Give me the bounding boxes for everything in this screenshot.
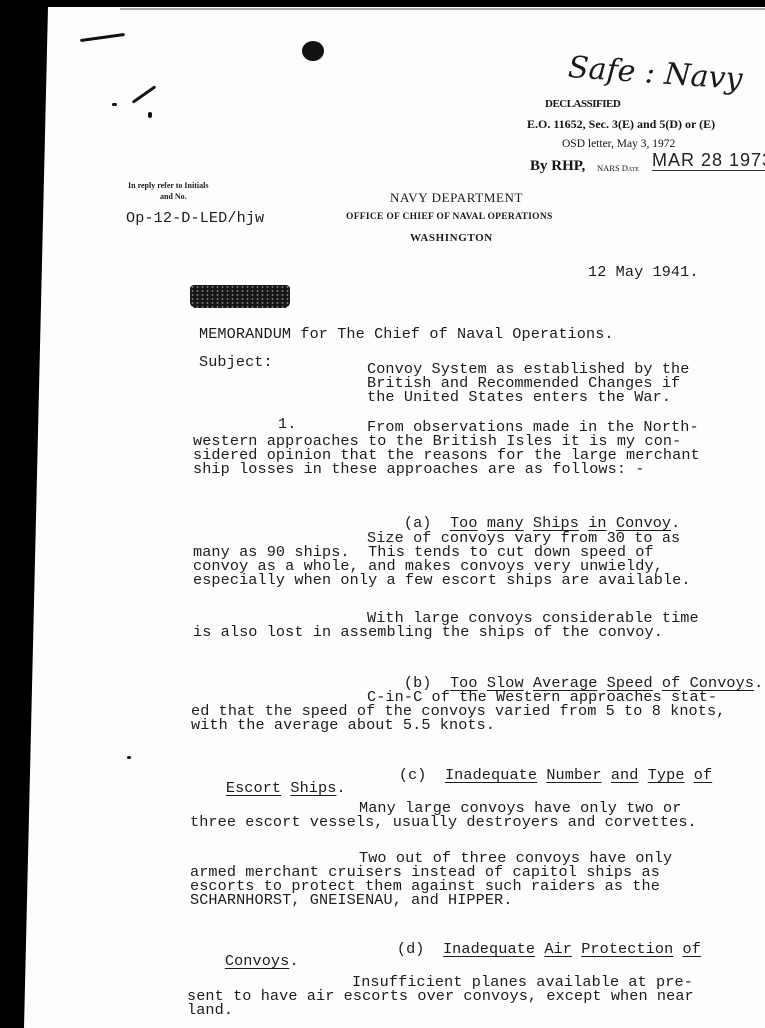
section-marker: (c) (399, 766, 427, 784)
stamp-nars-label: NARS Date (597, 163, 639, 173)
heading-end: . (754, 674, 763, 692)
heading-word: Protection (581, 940, 673, 958)
heading-word: of (683, 940, 701, 958)
scan-edge-line (120, 8, 765, 10)
heading-word: and (611, 766, 639, 784)
heading-word: Inadequate (443, 940, 535, 958)
heading-word: Convoys (225, 952, 290, 970)
ink-dot (112, 103, 117, 106)
section-c-heading-cont: Escort Ships. (189, 764, 346, 812)
memo-addressee: MEMORANDUM for The Chief of Naval Operat… (199, 326, 614, 342)
section-marker: (d) (397, 940, 425, 958)
heading-end: . (289, 952, 298, 970)
section-d-heading: (d) Inadequate Air Protection of (360, 925, 701, 973)
stamp-heading: DECLASSIFIED (545, 98, 620, 110)
paragraph-line: three escort vessels, usually destroyers… (190, 814, 697, 830)
heading-word: Inadequate (445, 766, 537, 784)
handwritten-note: Safe : Navy (567, 50, 744, 97)
section-c-heading: (c) Inadequate Number and Type of (362, 751, 712, 799)
heading-word: of (694, 766, 712, 784)
letterhead-city: WASHINGTON (410, 232, 493, 244)
ink-dot (148, 112, 152, 118)
paragraph-line: especially when only a few escort ships … (193, 572, 691, 588)
heading-word: Number (546, 766, 601, 784)
letterhead-office: OFFICE OF CHIEF OF NAVAL OPERATIONS (346, 212, 553, 222)
heading-word: Air (544, 940, 572, 958)
memo-date: 12 May 1941. (588, 264, 699, 280)
heading-word: Escort (226, 779, 281, 797)
pen-mark (132, 85, 157, 104)
heading-word: Ships (290, 779, 336, 797)
paragraph-line: with the average about 5.5 knots. (191, 717, 495, 733)
paragraph-number: 1. (278, 416, 296, 432)
reference-code: Op-12-D-LED/hjw (126, 210, 264, 226)
paragraph-line: SCHARNHORST, GNEISENAU, and HIPPER. (190, 892, 513, 908)
paragraph-line: is also lost in assembling the ships of … (193, 624, 663, 640)
stamp-line-by: By RHP, (530, 158, 585, 175)
document-page: Safe : Navy DECLASSIFIED E.O. 11652, Sec… (0, 0, 765, 1028)
paragraph-line: land. (187, 1002, 233, 1018)
reference-instruction: In reply refer to Initials (128, 181, 208, 190)
heading-end: . (336, 779, 345, 797)
hole-punch-mark (302, 41, 324, 61)
ink-dot (127, 756, 131, 759)
subject-label: Subject: (199, 354, 273, 370)
heading-word: Type (648, 766, 685, 784)
section-d-heading-cont: Convoys. (188, 937, 299, 985)
redaction-block (190, 285, 290, 308)
paragraph-line: sent to have air escorts over convoys, e… (187, 988, 694, 1004)
reference-instruction-2: and No. (160, 192, 187, 201)
letterhead-department: NAVY DEPARTMENT (390, 190, 523, 206)
stamp-nars-date: MAR 28 1973 (652, 150, 765, 171)
pen-mark (80, 33, 125, 42)
stamp-line-osd: OSD letter, May 3, 1972 (562, 138, 675, 150)
paragraph-line: ship losses in these approaches are as f… (193, 461, 645, 477)
subject-line: the United States enters the War. (367, 389, 671, 405)
stamp-line-eo: E.O. 11652, Sec. 3(E) and 5(D) or (E) (527, 117, 715, 132)
